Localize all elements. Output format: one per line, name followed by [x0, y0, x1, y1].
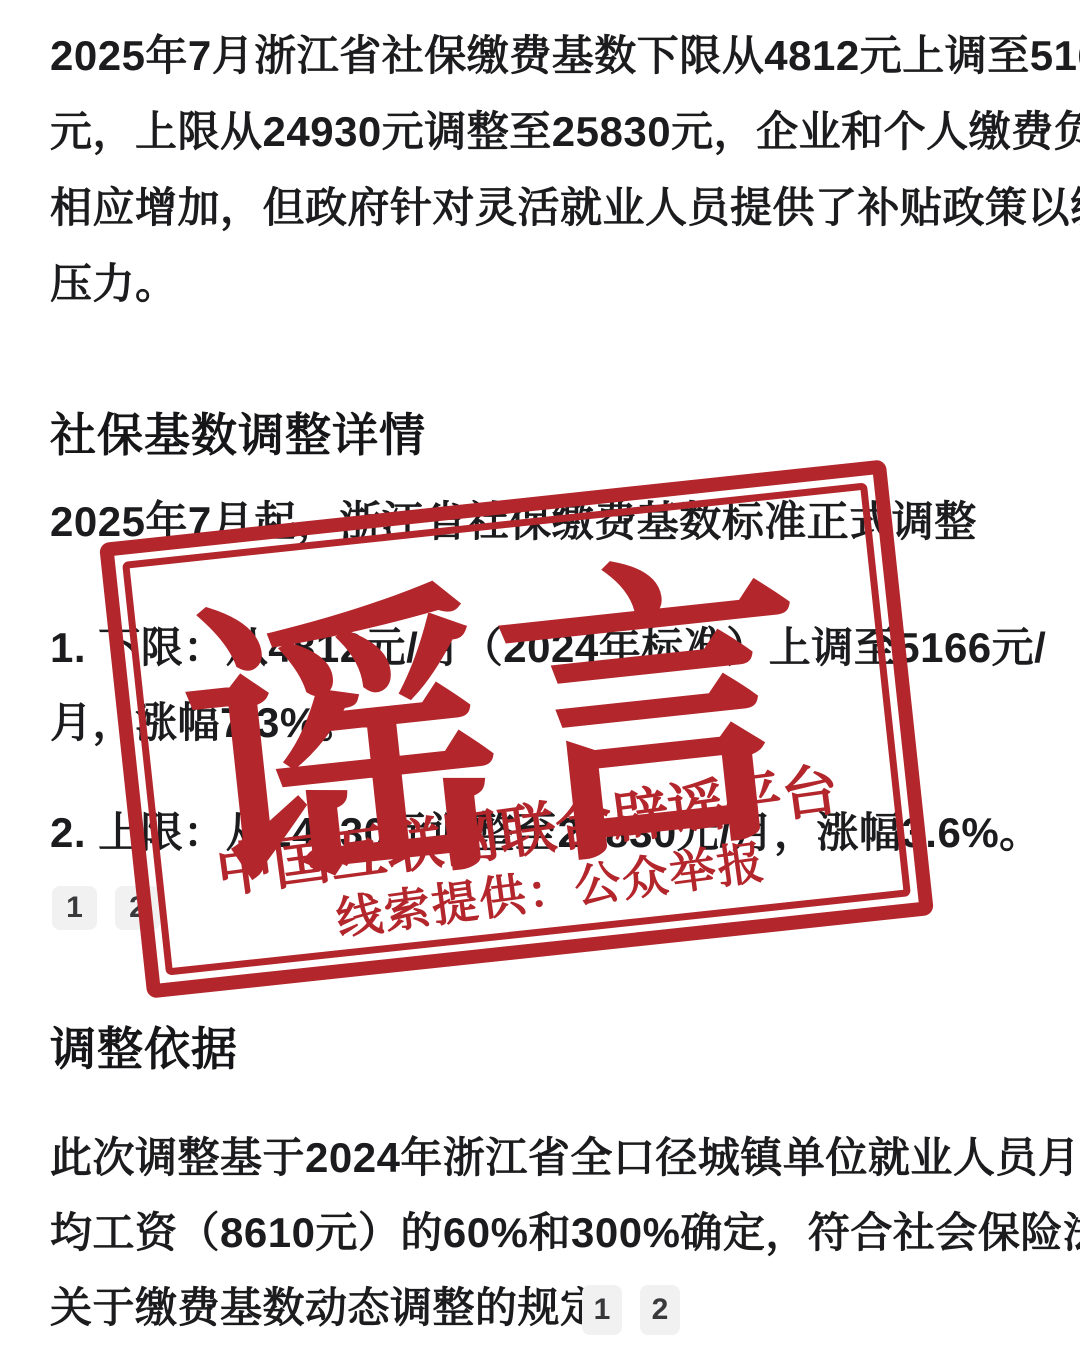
text-line: 元，上限从24930元调整至25830元，企业和个人缴费负担 [50, 94, 1055, 170]
text-line: 均工资（8610元）的60%和300%确定，符合社会保险法 [50, 1195, 1055, 1270]
intro-paragraph: 2025年7月浙江省社保缴费基数下限从4812元上调至5166元，上限从2493… [50, 18, 1055, 322]
basis-section-heading: 调整依据 [50, 1023, 238, 1075]
text-line: 关于缴费基数动态调整的规定。 [50, 1270, 1055, 1345]
details-section-heading: 社保基数调整详情 [50, 409, 426, 461]
basis-paragraph: 此次调整基于2024年浙江省全口径城镇单位就业人员月平均工资（8610元）的60… [50, 1120, 1055, 1345]
text-line: 2025年7月浙江省社保缴费基数下限从4812元上调至5166 [50, 18, 1055, 94]
citation-chip-1[interactable]: 1 [582, 1285, 622, 1335]
citation-chip-2[interactable]: 2 [640, 1285, 680, 1335]
rumor-stamp: 谣言 中国互联网联合辟谣平台 线索提供：公众举报 [99, 459, 934, 998]
text-line: 相应增加，但政府针对灵活就业人员提供了补贴政策以缓解 [50, 170, 1055, 246]
citation-chip-1[interactable]: 1 [52, 886, 97, 930]
text-line: 压力。 [50, 246, 1055, 322]
text-line: 此次调整基于2024年浙江省全口径城镇单位就业人员月平 [50, 1120, 1055, 1195]
